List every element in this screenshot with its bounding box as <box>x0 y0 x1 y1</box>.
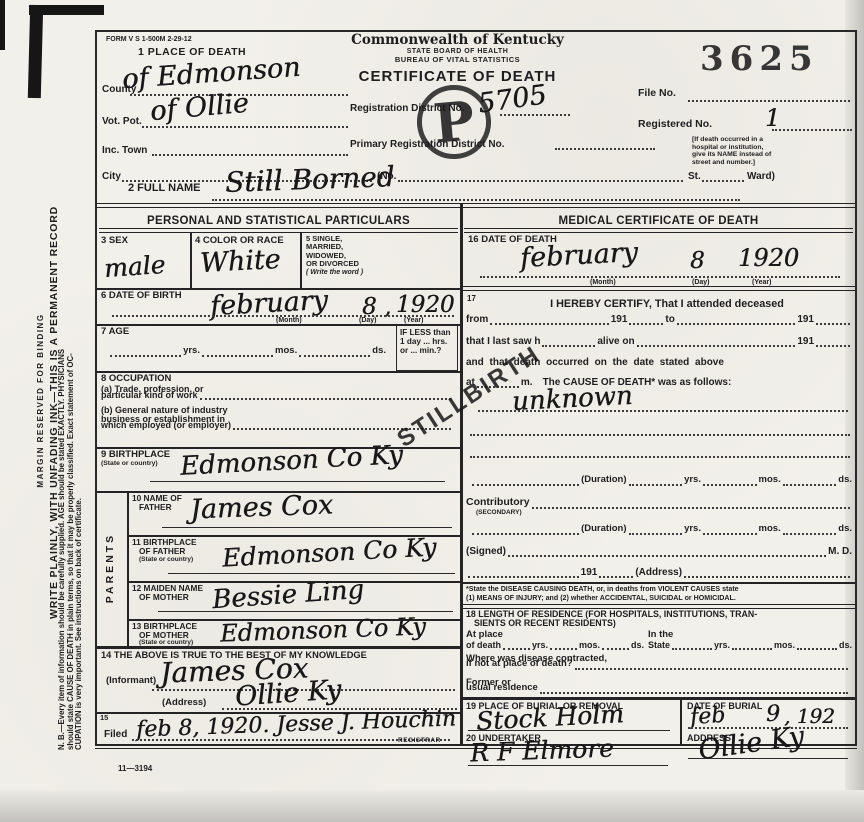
solid-line <box>468 764 668 766</box>
year-191-label: 191 <box>797 336 814 347</box>
signed-label: (Signed) <box>466 546 506 557</box>
dotted-leader <box>508 554 826 557</box>
parents-box-divider <box>127 491 129 647</box>
dotted-leader <box>299 354 370 357</box>
hospital-note-line3: give its NAME instead of <box>692 151 850 159</box>
dotted-line <box>772 129 852 131</box>
dotted-line <box>398 180 683 182</box>
bureau-text: BUREAU OF VITAL STATISTICS <box>345 56 570 64</box>
street-label: St. <box>688 171 701 182</box>
occupation-a2: particular kind of work <box>101 390 198 400</box>
father-name-label-2: FATHER <box>139 503 172 512</box>
ds-label: ds. <box>631 640 644 650</box>
burial-grid-divider <box>680 697 682 746</box>
sex-value-handwriting: male <box>103 250 166 283</box>
secondary-label: (SECONDARY) <box>476 509 522 516</box>
certify-number: 17 <box>467 295 476 304</box>
dotted-line <box>470 456 850 458</box>
former-residence-label-2: usual residence <box>466 683 538 694</box>
dotted-leader <box>672 647 712 650</box>
sex-label: 3 SEX <box>101 236 128 247</box>
solid-line <box>168 572 455 574</box>
yrs-label: yrs. <box>532 640 548 650</box>
dod-day-caption: (Day) <box>692 279 710 286</box>
dotted-line <box>470 434 850 436</box>
dotted-line <box>688 100 850 102</box>
solid-line <box>688 757 848 759</box>
dotted-leader <box>472 532 579 535</box>
duration-ds-label: ds. <box>838 475 852 486</box>
of-death-label: of death <box>466 640 501 650</box>
dod-month-handwriting: february <box>519 237 638 274</box>
dob-month-caption: (Month) <box>276 317 302 324</box>
dotted-leader <box>629 322 663 325</box>
duration-mos-label: mos. <box>759 524 781 535</box>
former-residence-line: usual residence <box>466 680 850 694</box>
dod-year-handwriting: 1920 <box>738 244 799 272</box>
year-191-label: 191 <box>611 314 628 325</box>
color-race-value-handwriting: White <box>199 244 281 279</box>
marital-status-cell: 5 SINGLE, MARRIED, WIDOWED, OR DIVORCED … <box>306 235 363 276</box>
if-less-box: IF LESS than 1 day ... hrs. or ... min.? <box>396 325 458 371</box>
father-birthplace-label-2: OF FATHER <box>139 547 185 556</box>
dotted-line <box>142 126 348 128</box>
alive-on-label: alive on <box>597 336 634 347</box>
footnote-line2: (1) MEANS OF INJURY; and (2) whether ACC… <box>466 595 736 603</box>
dotted-line <box>212 199 740 201</box>
solid-line <box>150 480 445 482</box>
dotted-leader <box>599 575 633 578</box>
dotted-leader <box>532 506 850 509</box>
dotted-leader <box>637 344 796 347</box>
parents-vertical-label-text: PARENTS <box>104 533 116 603</box>
registered-no-label: Registered No. <box>638 119 712 131</box>
section-rule <box>462 697 855 700</box>
header-divider-rule <box>97 203 855 208</box>
father-birthplace-caption: (State or country) <box>139 556 193 563</box>
full-name-value-handwriting: Still Borned <box>224 160 395 199</box>
dotted-leader <box>629 483 683 486</box>
contributory-line: Contributory <box>466 497 852 509</box>
commonwealth-text: Commonwealth of Kentucky <box>345 33 570 48</box>
cell-divider <box>300 233 302 288</box>
margin-note-nb: N. B.—Every item of information should b… <box>58 95 84 750</box>
personal-section-title: PERSONAL AND STATISTICAL PARTICULARS <box>97 211 460 229</box>
dotted-leader <box>684 575 850 578</box>
margin-note-nb-line3: CUPATION is very important. See instruct… <box>75 95 84 750</box>
dod-year-caption: (Year) <box>752 279 771 286</box>
dotted-leader <box>816 344 850 347</box>
solid-line <box>468 729 670 731</box>
parents-vertical-label: PARENTS <box>100 493 118 643</box>
disease-contracted-label-2: if not at place of death? <box>466 659 573 670</box>
ward-label: Ward) <box>747 171 775 182</box>
md-label: M. D. <box>828 546 852 557</box>
dotted-leader <box>703 532 757 535</box>
dotted-leader <box>677 322 795 325</box>
duration-label: (Duration) <box>581 475 626 486</box>
hospital-note-line1: [If death occurred in a <box>692 136 850 144</box>
dotted-leader <box>797 647 837 650</box>
dotted-line <box>555 148 655 150</box>
dotted-leader <box>732 647 772 650</box>
age-yrs-label: yrs. <box>183 346 200 357</box>
dotted-leader <box>468 575 579 578</box>
duration-label: (Duration) <box>581 524 626 535</box>
binder-corner-mark-vertical <box>28 5 43 98</box>
year-191-label: 191 <box>581 567 598 578</box>
signed-line: (Signed) M. D. <box>466 546 852 557</box>
dotted-leader <box>110 354 181 357</box>
dotted-leader <box>629 532 683 535</box>
form-code: 11—3194 <box>118 765 152 774</box>
residence-at-place-line: of death yrs. mos. ds. <box>466 640 644 650</box>
commonwealth-heading: Commonwealth of Kentucky STATE BOARD OF … <box>345 33 570 64</box>
dotted-leader <box>200 397 451 400</box>
attended-from-line: from 191 to 191 <box>466 314 852 325</box>
father-name-handwriting: James Cox <box>190 490 334 526</box>
full-name-label: 2 FULL NAME <box>128 182 201 194</box>
hospital-note-line2: hospital or institution, <box>692 144 850 152</box>
mos-label: mos. <box>579 640 600 650</box>
age-ds-label: ds. <box>372 346 386 357</box>
if-less-line2: 1 day ... hrs. <box>400 337 454 346</box>
if-less-line1: IF LESS than <box>400 328 454 337</box>
dotted-leader <box>503 647 530 650</box>
disease-contracted-line: if not at place of death? <box>466 656 850 670</box>
undertaker-handwriting: R F Elmore <box>470 733 615 767</box>
dotted-leader <box>783 483 837 486</box>
binder-corner-mark-horizontal <box>29 5 104 15</box>
marital-line4: OR DIVORCED <box>306 260 363 268</box>
dod-month-caption: (Month) <box>590 279 616 286</box>
footnote-line1: *State the DISEASE CAUSING DEATH, or, in… <box>466 586 739 594</box>
section-title-rule-left <box>99 228 458 233</box>
dotted-line <box>480 276 840 278</box>
age-label: 7 AGE <box>101 327 129 338</box>
dotted-leader <box>490 322 608 325</box>
duration-line-secondary: (Duration) yrs. mos. ds. <box>470 524 852 535</box>
certify-heading-text: I HEREBY CERTIFY, That I attended deceas… <box>550 298 784 310</box>
vot-pot-label: Vot. Pot. <box>102 116 142 127</box>
dotted-leader <box>703 483 757 486</box>
dob-day-caption: (Day) <box>359 317 377 324</box>
filed-label: Filed <box>104 729 127 740</box>
contributory-label: Contributory <box>466 497 530 509</box>
dotted-leader <box>602 647 629 650</box>
footnote-rule <box>462 582 855 584</box>
medical-section-title: MEDICAL CERTIFICATE OF DEATH <box>462 211 855 229</box>
hospital-note-line4: street and number.] <box>692 159 850 167</box>
duration-mos-label: mos. <box>759 475 781 486</box>
residence-label-2: SIENTS OR RECENT RESIDENTS) <box>474 619 616 629</box>
medical-section-title-text: MEDICAL CERTIFICATE OF DEATH <box>558 215 758 227</box>
cell-divider <box>190 233 192 288</box>
informant-address-label: (Address) <box>162 698 206 709</box>
dotted-line <box>702 180 744 182</box>
personal-section-title-text: PERSONAL AND STATISTICAL PARTICULARS <box>147 215 410 227</box>
solid-line <box>158 610 453 612</box>
dotted-line <box>500 114 570 116</box>
year-191-label: 191 <box>797 314 814 325</box>
dotted-leader <box>550 647 577 650</box>
death-certificate-scan: MARGIN RESERVED FOR BINDING WRITE PLAINL… <box>0 0 864 822</box>
file-no-label: File No. <box>638 88 676 100</box>
mos-label: mos. <box>774 640 795 650</box>
signed-date-address-line: 191 (Address) <box>466 567 852 578</box>
ds-label: ds. <box>839 640 852 650</box>
filed-number: 15 <box>100 714 108 722</box>
certify-heading: I HEREBY CERTIFY, That I attended deceas… <box>482 294 852 312</box>
duration-line-primary: (Duration) yrs. mos. ds. <box>470 475 852 486</box>
scan-edge-bottom <box>0 790 864 822</box>
age-mos-label: mos. <box>275 346 297 357</box>
yrs-label: yrs. <box>714 640 730 650</box>
state-label: State <box>648 640 670 650</box>
row-rule <box>462 286 855 291</box>
dotted-leader <box>472 483 579 486</box>
residence-in-state-line: State yrs. mos. ds. <box>648 640 852 650</box>
to-label: to <box>665 314 674 325</box>
dotted-leader <box>540 691 848 694</box>
hospital-note: [If death occurred in a hospital or inst… <box>692 136 850 166</box>
marital-line5: ( Write the word ) <box>306 269 363 277</box>
dod-day-handwriting: 8 <box>690 248 705 274</box>
section-rule <box>97 646 460 649</box>
occupation-b3: which employed (or employer) <box>101 420 231 430</box>
city-label: City <box>102 171 121 182</box>
signed-address-label: (Address) <box>635 567 682 578</box>
p-stamp-letter: P <box>431 88 477 155</box>
dotted-leader <box>816 322 850 325</box>
section-title-rule-right <box>464 228 853 233</box>
age-units-line: yrs. mos. ds. <box>108 346 386 357</box>
inc-town-label: Inc. Town <box>102 145 147 156</box>
informant-label: (Informant) <box>106 676 156 687</box>
occupation-a2-line: particular kind of work <box>101 386 453 400</box>
form-number: FORM V S 1-500M 2-29-12 <box>106 36 192 44</box>
dob-label: 6 DATE OF BIRTH <box>101 291 182 302</box>
file-no-value-stamp: 3625 <box>700 40 819 78</box>
dotted-leader <box>783 532 837 535</box>
solid-line <box>162 526 452 528</box>
dotted-leader <box>575 667 848 670</box>
from-label: from <box>466 314 488 325</box>
if-less-line3: or ... min.? <box>400 346 454 355</box>
birthplace-caption: (State or country) <box>101 460 158 468</box>
dob-year-caption: (Year) <box>404 317 423 324</box>
dotted-line <box>152 154 348 156</box>
scan-edge-mark <box>0 0 5 50</box>
mother-name-label-2: OF MOTHER <box>139 593 189 602</box>
duration-yrs-label: yrs. <box>684 524 701 535</box>
dotted-line <box>478 410 848 412</box>
duration-ds-label: ds. <box>838 524 852 535</box>
registered-no-value-handwriting: 1 <box>765 104 780 132</box>
dotted-leader <box>202 354 273 357</box>
column-divider <box>460 203 463 746</box>
duration-yrs-label: yrs. <box>684 475 701 486</box>
